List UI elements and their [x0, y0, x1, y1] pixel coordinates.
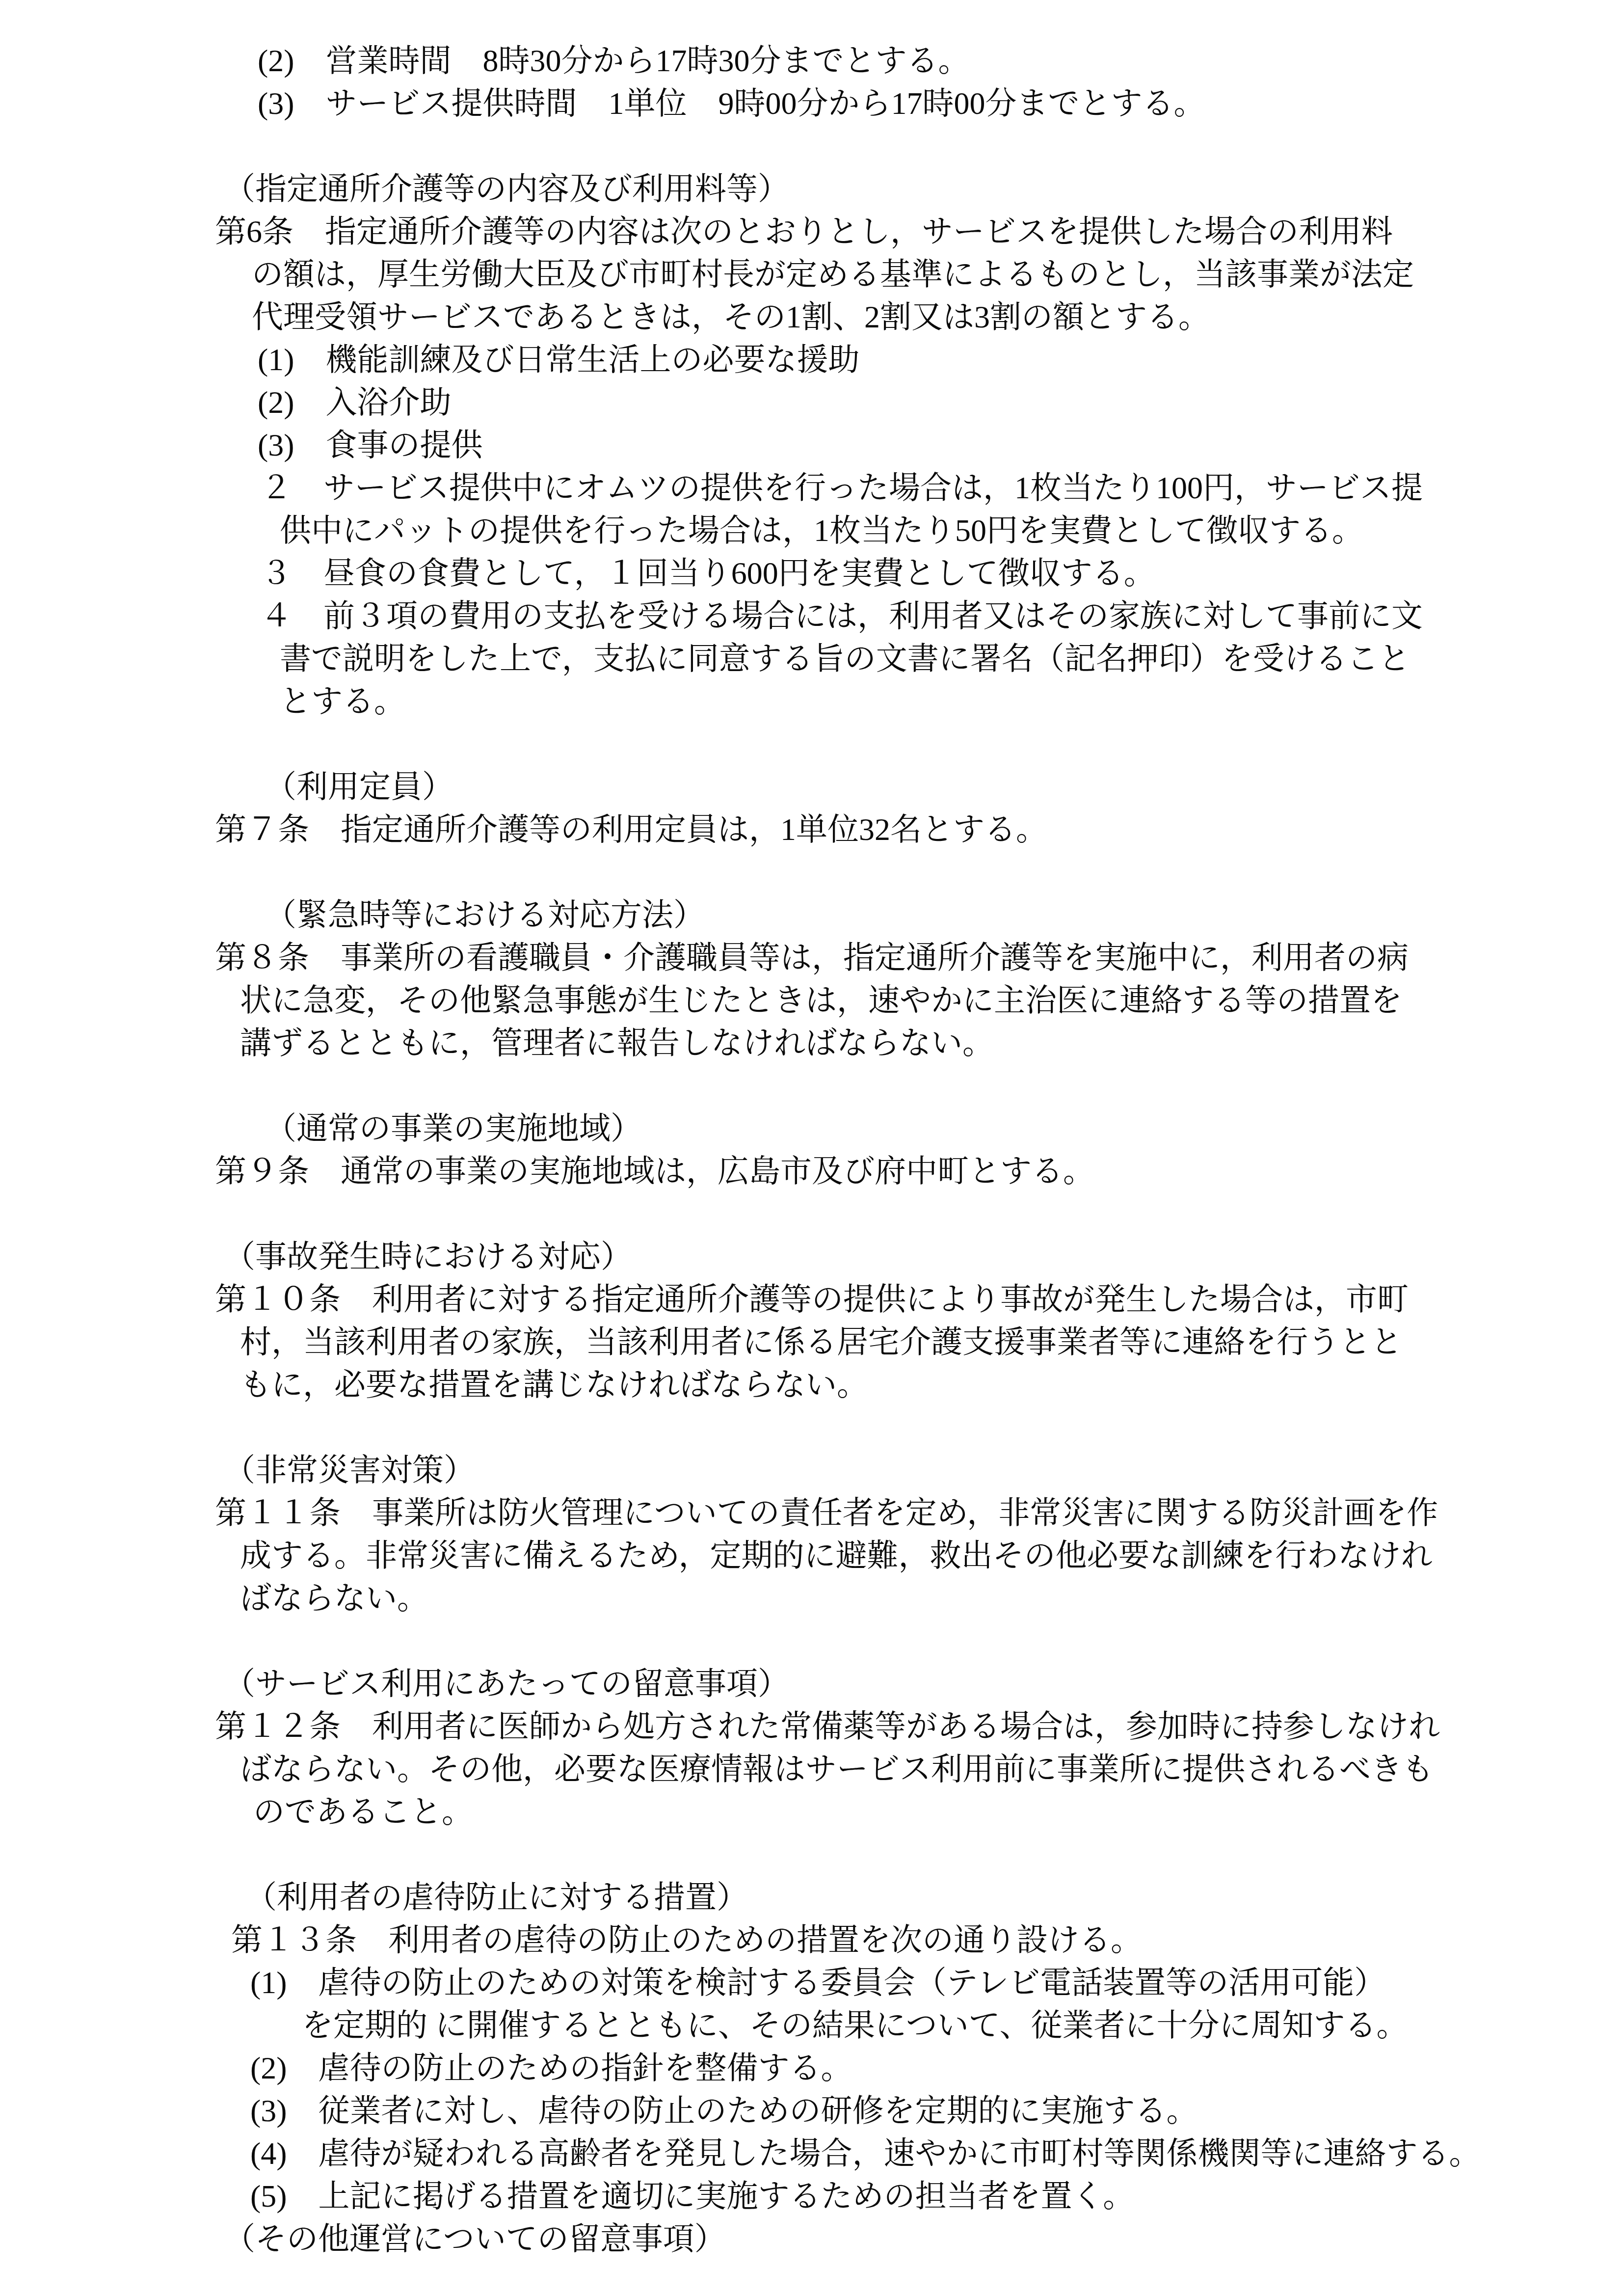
document-line-20: 状に急変，その他緊急事態が生じたときは，速やかに主治医に連絡する等の措置を — [0, 979, 1623, 1022]
document-line-28: （非常災害対策） — [0, 1449, 1623, 1491]
document-line-6: 代理受領サービスであるときは，その1割、2割又は3割の額とする。 — [0, 296, 1623, 338]
document-line-9: (3) 食事の提供 — [0, 424, 1623, 466]
document-line-10: ２ サービス提供中にオムツの提供を行った場合は，1枚当たり100円，サービス提 — [0, 466, 1623, 509]
document-line-39: を定期的 に開催するとともに、その結果について、従業者に十分に周知する。 — [0, 2004, 1623, 2047]
document-line-23: 第９条 通常の事業の実施地域は，広島市及び府中町とする。 — [0, 1150, 1623, 1192]
document-line-31: ばならない。 — [0, 1577, 1623, 1620]
document-line-43: (5) 上記に掲げる措置を適切に実施するための担当者を置く。 — [0, 2175, 1623, 2217]
document-line-13: ４ 前３項の費用の支払を受ける場合には，利用者又はその家族に対して事前に文 — [0, 594, 1623, 637]
document-line-30: 成する。非常災害に備えるため，定期的に避難，救出その他必要な訓練を行わなけれ — [0, 1534, 1623, 1577]
document-line-7: (1) 機能訓練及び日常生活上の必要な援助 — [0, 338, 1623, 381]
document-line-5: の額は，厚生労働大臣及び市町村長が定める基準によるものとし，当該事業が法定 — [0, 253, 1623, 296]
document-line-35: のであること。 — [0, 1790, 1623, 1833]
document-line-29: 第１１条 事業所は防火管理についての責任者を定め，非常災害に関する防災計画を作 — [0, 1491, 1623, 1534]
document-page: (2) 営業時間 8時30分から17時30分までとする。(3) サービス提供時間… — [0, 0, 1623, 2296]
document-line-17: 第７条 指定通所介護等の利用定員は，1単位32名とする。 — [0, 808, 1623, 851]
document-line-1: (2) 営業時間 8時30分から17時30分までとする。 — [0, 39, 1623, 82]
document-line-37: 第１３条 利用者の虐待の防止のための措置を次の通り設ける。 — [0, 1918, 1623, 1961]
document-line-18: （緊急時等における対応方法） — [0, 893, 1623, 936]
document-line-2: (3) サービス提供時間 1単位 9時00分から17時00分までとする。 — [0, 82, 1623, 125]
document-line-3: （指定通所介護等の内容及び利用料等） — [0, 167, 1623, 210]
document-line-19: 第８条 事業所の看護職員・介護職員等は，指定通所介護等を実施中に，利用者の病 — [0, 936, 1623, 979]
document-line-21: 講ずるとともに，管理者に報告しなければならない。 — [0, 1022, 1623, 1064]
document-line-33: 第１２条 利用者に医師から処方された常備薬等がある場合は，参加時に持参しなけれ — [0, 1705, 1623, 1748]
document-line-40: (2) 虐待の防止のための指針を整備する。 — [0, 2047, 1623, 2089]
document-line-42: (4) 虐待が疑われる高齢者を発見した場合，速やかに市町村等関係機関等に連絡する… — [0, 2132, 1623, 2175]
document-line-12: ３ 昼食の食費として，１回当り600円を実費として徴収する。 — [0, 552, 1623, 594]
document-line-11: 供中にパットの提供を行った場合は，1枚当たり50円を実費として徴収する。 — [0, 509, 1623, 552]
document-line-22: （通常の事業の実施地域） — [0, 1107, 1623, 1150]
document-line-16: （利用定員） — [0, 765, 1623, 808]
document-line-32: （サービス利用にあたっての留意事項） — [0, 1662, 1623, 1705]
document-body: (2) 営業時間 8時30分から17時30分までとする。(3) サービス提供時間… — [0, 39, 1623, 2260]
document-line-27: もに，必要な措置を講じなければならない。 — [0, 1363, 1623, 1406]
document-line-41: (3) 従業者に対し、虐待の防止のための研修を定期的に実施する。 — [0, 2089, 1623, 2132]
document-line-4: 第6条 指定通所介護等の内容は次のとおりとし，サービスを提供した場合の利用料 — [0, 210, 1623, 253]
document-line-36: （利用者の虐待防止に対する措置） — [0, 1876, 1623, 1918]
document-line-38: (1) 虐待の防止のための対策を検討する委員会（テレビ電話装置等の活用可能） — [0, 1961, 1623, 2004]
document-line-8: (2) 入浴介助 — [0, 381, 1623, 424]
document-line-24: （事故発生時における対応） — [0, 1235, 1623, 1278]
document-line-15: とする。 — [0, 680, 1623, 723]
document-line-26: 村，当該利用者の家族，当該利用者に係る居宅介護支援事業者等に連絡を行うとと — [0, 1321, 1623, 1363]
document-line-14: 書で説明をした上で，支払に同意する旨の文書に署名（記名押印）を受けること — [0, 637, 1623, 680]
document-line-25: 第１０条 利用者に対する指定通所介護等の提供により事故が発生した場合は，市町 — [0, 1278, 1623, 1321]
document-line-44: （その他運営についての留意事項） — [0, 2217, 1623, 2260]
document-line-34: ばならない。その他，必要な医療情報はサービス利用前に事業所に提供されるべきも — [0, 1748, 1623, 1790]
